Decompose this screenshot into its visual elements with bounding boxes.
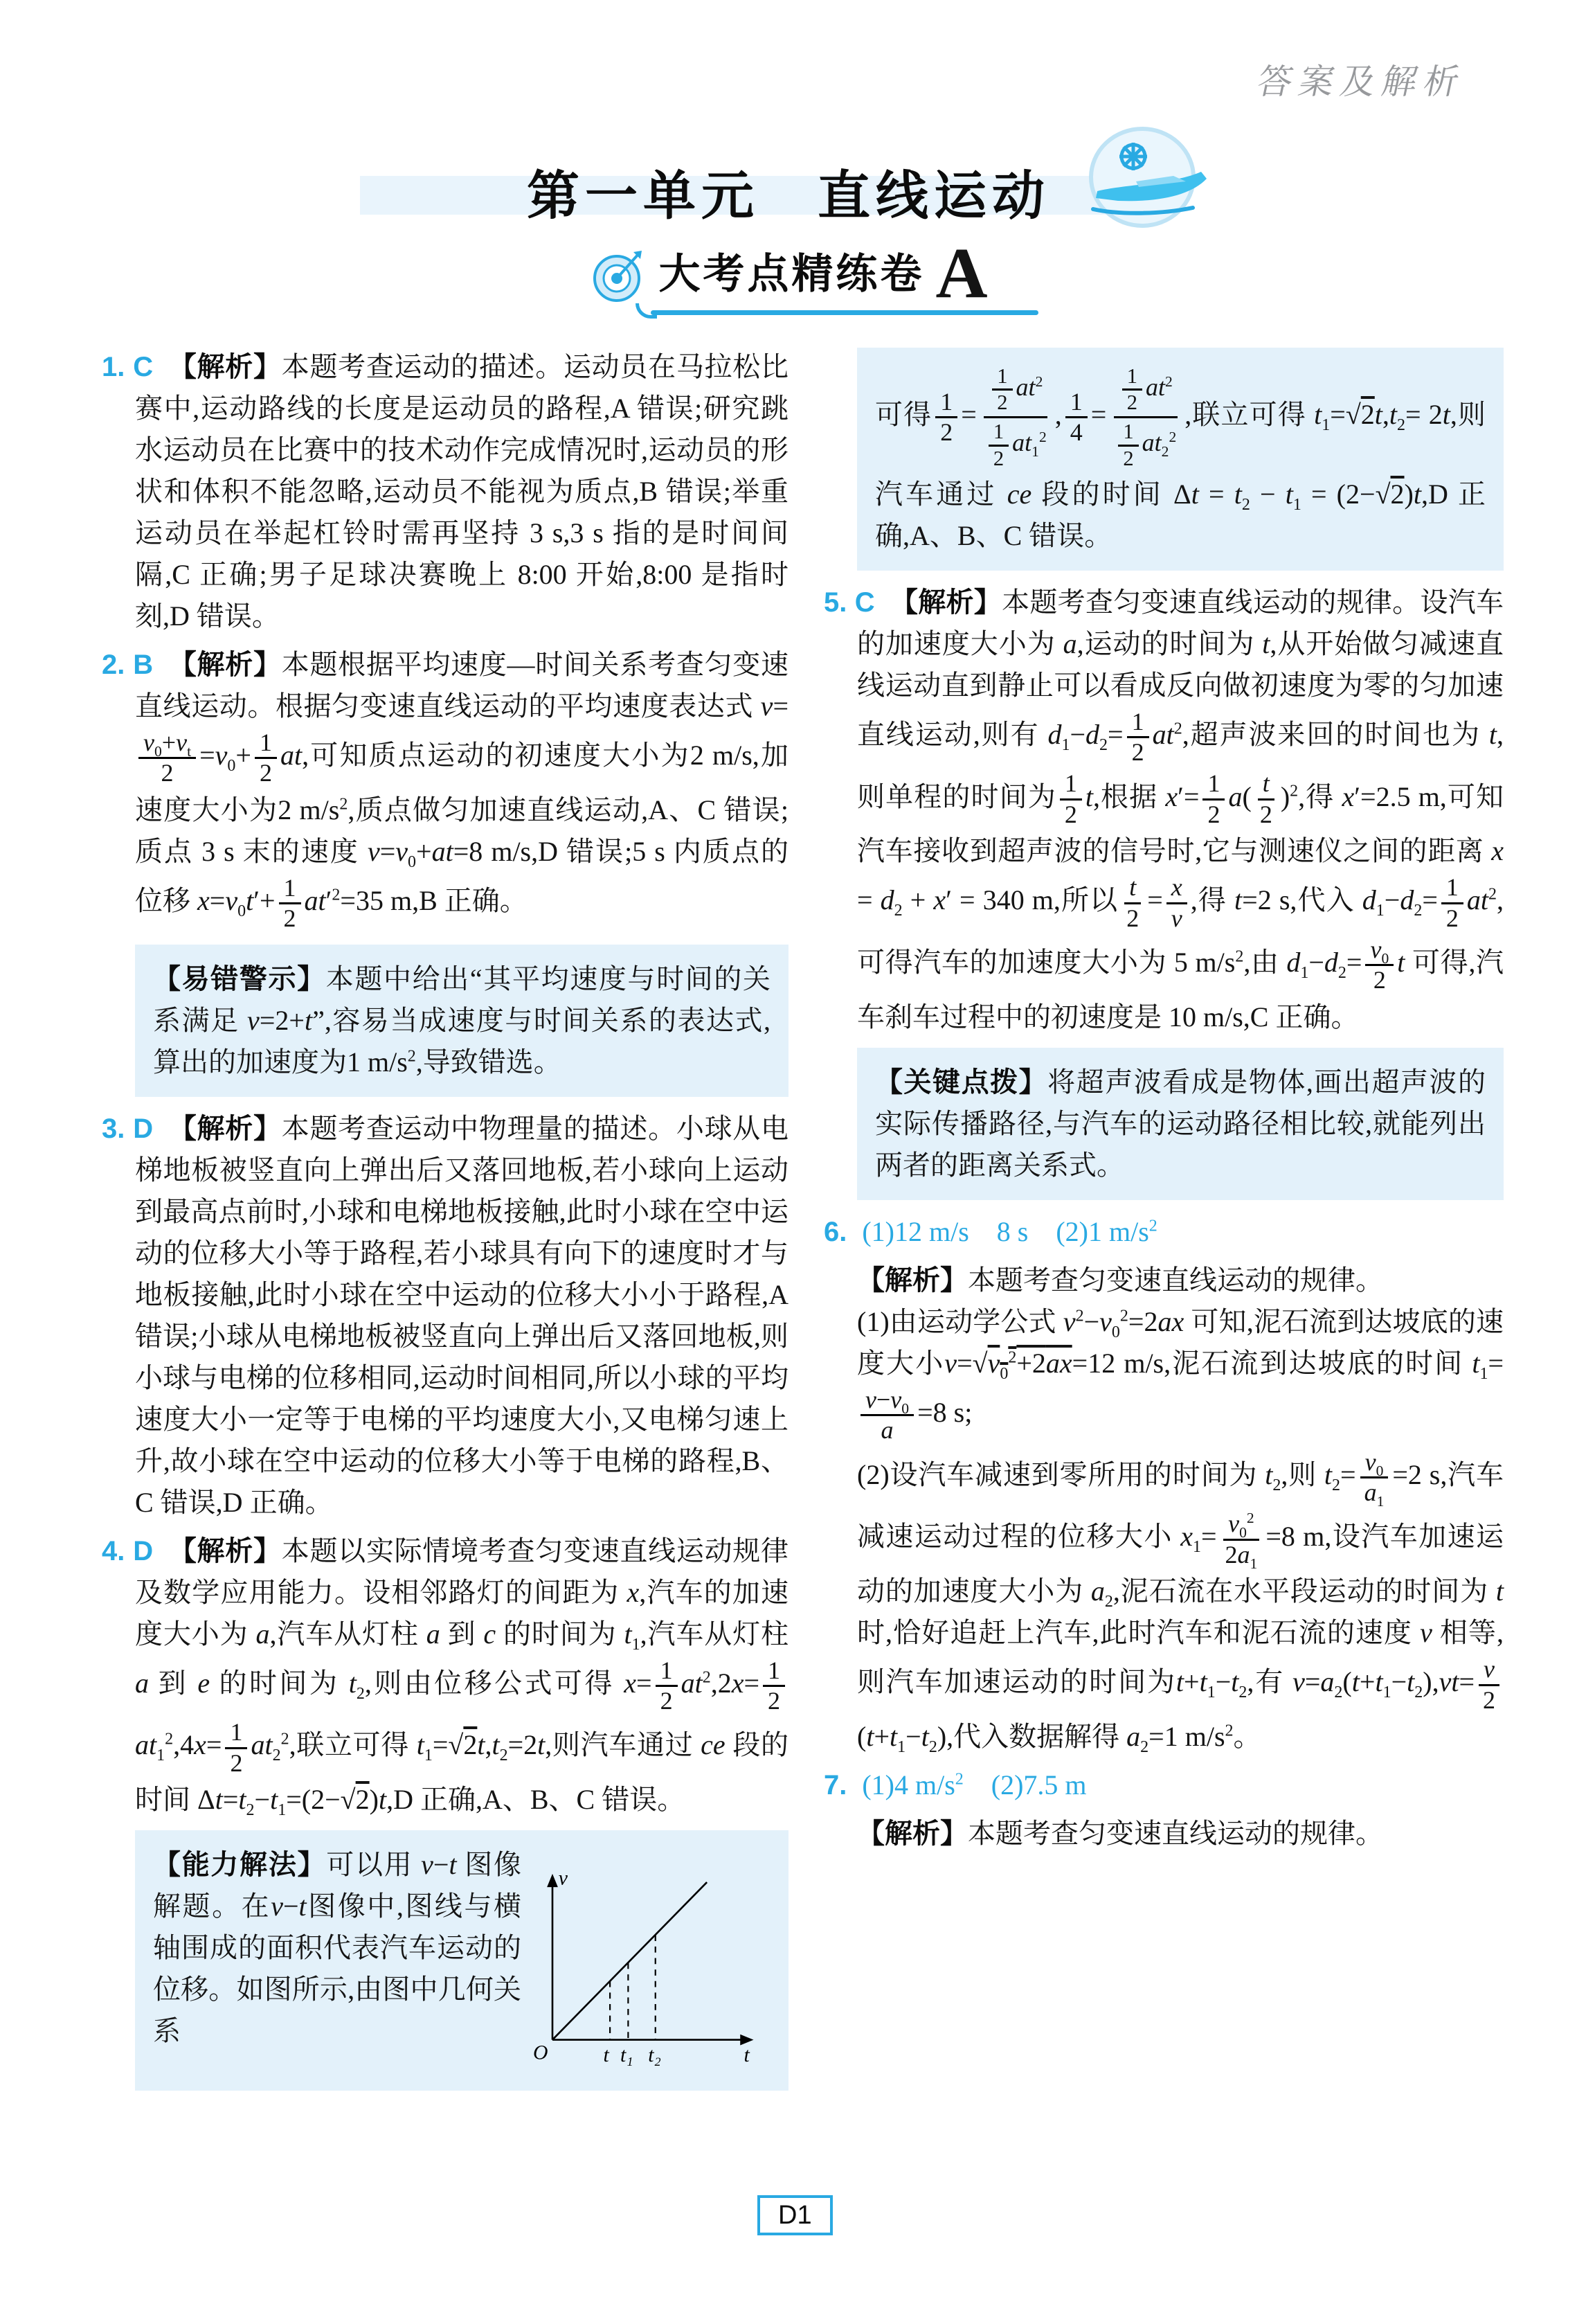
- graph-origin: O: [533, 2041, 548, 2064]
- answer-result: (1)12 m/s 8 s (2)1 m/s2: [862, 1216, 1157, 1247]
- answer-item-3: 3. D【解析】本题考查运动中物理量的描述。小球从电梯地板被竖直向上弹出后又落回…: [102, 1108, 788, 1523]
- graph-xlabel: t: [744, 2044, 750, 2066]
- answer-text: 【解析】本题根据平均速度—时间关系考查匀变速直线运动。根据匀变速直线运动的平均速…: [135, 649, 788, 916]
- answer-number: 6.: [824, 1217, 847, 1247]
- answer-result: (1)4 m/s2 (2)7.5 m: [862, 1769, 1086, 1800]
- answer-text: 【解析】本题考查匀变速直线运动的规律。设汽车的加速度大小为 a,运动的时间为 t…: [857, 587, 1504, 1033]
- graph-tick-t1: t₁: [620, 2044, 633, 2066]
- graph-ylabel: v: [559, 1867, 568, 1890]
- answer-item-6: 6.(1)12 m/s 8 s (2)1 m/s2: [824, 1211, 1504, 1253]
- vt-graph: v O t t₁ t₂ t: [528, 1848, 771, 2077]
- paper-title: 大考点精练卷: [658, 241, 924, 305]
- boat-icon: [1070, 123, 1215, 238]
- paper-grade: A: [935, 242, 987, 305]
- answer-number: 4. D: [102, 1536, 153, 1566]
- answer-number: 1. C: [102, 352, 153, 382]
- answer-page: 答案及解析 第一单元 直线运动 大考点精练卷 A 1. C【解析】本题考查运动的…: [0, 0, 1577, 2324]
- answer-item-7: 7.(1)4 m/s2 (2)7.5 m: [824, 1764, 1504, 1806]
- key-point-box: 【关键点拨】将超声波看成是物体,画出超声波的实际传播路径,与汽车的运动路径相比较…: [857, 1048, 1504, 1200]
- left-column: 1. C【解析】本题考查运动的描述。运动员在马拉松比赛中,运动路线的长度是运动员…: [102, 346, 788, 2102]
- answer-item-2: 2. B【解析】本题根据平均速度—时间关系考查匀变速直线运动。根据匀变速直线运动…: [102, 644, 788, 935]
- answer-item-4: 4. D【解析】本题以实际情境考查匀变速直线运动规律及数学应用能力。设相邻路灯的…: [102, 1530, 788, 1821]
- answer-item-1: 1. C【解析】本题考查运动的描述。运动员在马拉松比赛中,运动路线的长度是运动员…: [102, 346, 788, 637]
- ability-method-box: 【能力解法】可以用 v−t 图像解题。在v−t图像中,图线与横轴围成的面积代表汽…: [135, 1830, 788, 2091]
- ability-method-text: 【能力解法】可以用 v−t 图像解题。在v−t图像中,图线与横轴围成的面积代表汽…: [153, 1844, 521, 2052]
- answer-number: 5. C: [824, 587, 875, 618]
- answer-text: 【解析】本题考查运动的描述。运动员在马拉松比赛中,运动路线的长度是运动员的路程,…: [135, 351, 788, 632]
- ability-method-box-continued: 可得12=12at212at12,14=12at212at22,联立可得 t1=…: [857, 348, 1504, 571]
- subtitle-underline: [651, 310, 1038, 315]
- page-header-label: 答案及解析: [1253, 54, 1471, 104]
- answer-number: 7.: [824, 1770, 847, 1800]
- target-icon: [589, 247, 647, 305]
- unit-title: 第一单元 直线运动: [0, 154, 1577, 229]
- answer-text-7: 【解析】本题考查匀变速直线运动的规律。: [857, 1813, 1504, 1854]
- answer-text-6: 【解析】本题考查匀变速直线运动的规律。(1)由运动学公式 v2−v02=2ax …: [857, 1260, 1504, 1758]
- subtitle-row: 大考点精练卷 A: [0, 241, 1577, 305]
- answer-text: 【解析】本题考查运动中物理量的描述。小球从电梯地板被竖直向上弹出后又落回地板,若…: [135, 1113, 788, 1518]
- answer-item-5: 5. C【解析】本题考查匀变速直线运动的规律。设汽车的加速度大小为 a,运动的时…: [824, 582, 1504, 1038]
- answer-text: 【解析】本题以实际情境考查匀变速直线运动规律及数学应用能力。设相邻路灯的间距为 …: [135, 1535, 788, 1816]
- answer-number: 2. B: [102, 650, 153, 680]
- error-warning-box: 【易错警示】本题中给出“其平均速度与时间的关系满足 v=2+t”,容易当成速度与…: [135, 945, 788, 1097]
- graph-tick-t: t: [604, 2044, 610, 2066]
- graph-tick-t2: t₂: [648, 2044, 661, 2066]
- answer-number: 3. D: [102, 1114, 153, 1144]
- page-number-box: D1: [757, 2195, 833, 2235]
- right-column: 可得12=12at212at12,14=12at212at22,联立可得 t1=…: [824, 338, 1504, 1861]
